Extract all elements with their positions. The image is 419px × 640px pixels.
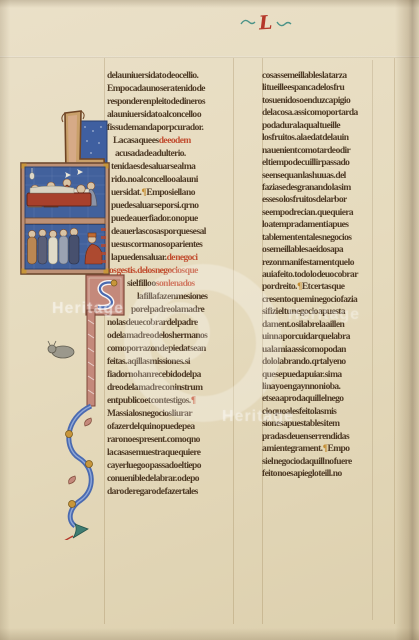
text-segment: la casa se muestra que quiere [107, 448, 200, 458]
text-segment: Et certas que [302, 282, 345, 292]
text-line: dar o de regar o de fazer tales [107, 487, 236, 500]
text-line: dolo labrando. qr tal yeno [262, 357, 400, 369]
text-segment: se ensequan las huuas. del [262, 171, 346, 181]
text-line: pradas deuen ser rendidas [262, 432, 400, 444]
horizontal-crease [0, 56, 419, 58]
miniature-deathbed-scene [20, 162, 110, 275]
text-line: uinna por cuidar que labra [262, 332, 400, 344]
text-segment: Empo [328, 444, 350, 454]
watermark-text: Heritage [52, 300, 124, 318]
text-segment: a mi entegrament. [262, 444, 323, 454]
text-segment: puede saluar se por si. qr no [111, 201, 198, 211]
text-line: tablement en tales negocios [262, 233, 400, 245]
text-segment: feito no es apieglo teill. no [262, 469, 342, 479]
text-line: tenida es de saluar se al ma [107, 162, 236, 175]
text-segment: ue sus cormanos o parientes [111, 240, 202, 250]
manuscript-page: L [0, 0, 419, 640]
text-segment: auia feito. todo lo deuo cobrar [262, 270, 358, 280]
text-segment: na uenient como tarde odir [262, 146, 350, 156]
text-segment: esses o los fruitos del arbor [262, 195, 347, 205]
text-segment: conuenible de labrar. o de po [107, 474, 199, 484]
text-line: se empodrecian. que quiera [262, 208, 400, 220]
text-line: la casa se muestra que quiere [107, 448, 236, 461]
text-line: puede auer fiador. o no pue [107, 214, 236, 227]
text-line: que se pueda puiar. si ma [262, 370, 400, 382]
text-line: lina yo en gaynno ni oba. [262, 382, 400, 394]
text-line: ala uniuersidat o al concello o [107, 110, 236, 123]
text-segment: puede auer fiador. o no pue [111, 214, 198, 224]
text-line: li tueille espanca delos fru [262, 83, 400, 95]
text-segment: o semeillables aeidos apa [262, 245, 343, 255]
page-edge-right [395, 0, 419, 640]
text-line: tos uenidos o enduzca pigio [262, 96, 400, 108]
text-line: si el negocio daquill no fuere [262, 457, 400, 469]
text-segment: si el negocio daquill no fuere [262, 457, 352, 467]
ornament-descender-dragon [45, 308, 111, 540]
text-segment: uersidat. [111, 188, 142, 198]
text-line: a mi entegrament. ¶ Empo [262, 444, 400, 456]
text-segment: tablement en tales negocios [262, 233, 351, 243]
text-line: feito no es apieglo teill. no [262, 469, 400, 481]
text-line: cosas semeillables la tarza [262, 71, 400, 83]
text-segment: ala uniuersidat o al concello o [107, 110, 201, 120]
text-line: et sea apro daquill el nego [262, 394, 400, 406]
text-segment: La casa que es [113, 136, 159, 146]
text-line: se ensequan las huuas. del [262, 171, 400, 183]
text-segment: responder en pleito de dineros [107, 97, 205, 107]
text-segment: pradas deuen ser rendidas [262, 432, 349, 442]
text-line: rezon manifestament que lo [262, 258, 400, 270]
text-segment: fazia se desgranando la sim [262, 183, 351, 193]
text-line: la pueden saluar. de negoci [107, 253, 236, 266]
text-segment: rido. no al concello o ala uni [111, 175, 198, 185]
text-segment: se empodrecian. que quiera [262, 208, 353, 218]
quire-flourish-left-icon [240, 18, 256, 28]
text-segment: rar o no es present. como qno [107, 435, 200, 445]
page-edge-top [0, 0, 419, 8]
text-segment: cosas semeillables la tarza [262, 71, 347, 81]
text-line: cayer luego o passado el tiepo [107, 461, 236, 474]
text-segment: cayer luego o passado el tiepo [107, 461, 201, 471]
page-edge-left [0, 0, 10, 640]
text-segment: rezon manifestament que lo [262, 258, 354, 268]
text-line: La casa que es de eodem [107, 136, 236, 149]
text-line: o fazer del qui no puede pea [107, 422, 236, 435]
text-segment: de auer las cosas por que se sal [111, 227, 206, 237]
text-line: responder en pleito de dineros [107, 97, 236, 110]
text-segment: de eodem [159, 136, 191, 146]
text-line: ue sus cormanos o parientes [107, 240, 236, 253]
text-line: dela cosa. assi como por tarda [262, 108, 400, 120]
text-segment: por dreito. [262, 282, 297, 292]
quire-flourish-right-icon [276, 18, 292, 28]
text-line: acusada de adulterio. [107, 149, 236, 162]
watermark-ring-logo-small [150, 302, 210, 362]
text-segment: o fazer del qui no puede pea [107, 422, 195, 432]
red-marginal-marks [101, 228, 106, 264]
text-segment: fis su demanda por pcurador. [107, 123, 203, 133]
text-segment: lo atempradament i apues [262, 220, 348, 230]
text-line: por dreito. ¶ Et certas que [262, 282, 400, 294]
text-segment: dela uniuersidat o de ocellio. [107, 71, 198, 81]
text-segment: el tiempo de cuillir passado [262, 158, 349, 168]
text-segment: tenida es de saluar se al ma [111, 162, 195, 172]
text-segment: lina yo en gaynno ni oba. [262, 382, 340, 392]
text-line: uersidat. ¶ Empo si ella no [107, 188, 236, 201]
watermark-text: Heritage [288, 306, 360, 324]
watermark-text: Heritage [222, 408, 294, 426]
text-line: rido. no al concello o ala uni [107, 175, 236, 188]
text-line: lo atempradament i apues [262, 220, 400, 232]
text-segment: li tueille espanca delos fru [262, 83, 344, 93]
text-segment: de negoci [167, 253, 198, 263]
text-segment: dela cosa. assi como por tarda [262, 108, 358, 118]
text-line: rar o no es present. como qno [107, 435, 236, 448]
text-segment: tos uenidos o enduzca pigio [262, 96, 350, 106]
text-line: dela uniuersidat o de ocellio. [107, 71, 236, 84]
text-line: auia feito. todo lo deuo cobrar [262, 270, 400, 282]
text-segment: Empo si ella no [146, 188, 195, 198]
text-segment: la pueden saluar. [111, 253, 167, 263]
text-line: de auer las cosas por que se sal [107, 227, 236, 240]
text-segment: et sea apro daquill el nego [262, 394, 343, 404]
text-line: conuenible de labrar. o de po [107, 474, 236, 487]
text-segment: Empo cada uno sera tenido de [107, 84, 205, 94]
quire-letter: L [259, 13, 274, 33]
text-line: fis su demanda por pcurador. [107, 123, 236, 136]
text-line: na uenient como tarde odir [262, 146, 400, 158]
text-line: el tiempo de cuillir passado [262, 158, 400, 170]
quire-mark: L [234, 6, 298, 40]
text-segment: dar o de regar o de fazer tales [107, 487, 198, 497]
text-line: fazia se desgranando la sim [262, 183, 400, 195]
text-line: esses o los fruitos del arbor [262, 195, 400, 207]
text-segment: acusada de adulterio. [115, 149, 186, 159]
text-line: puede saluar se por si. qr no [107, 201, 236, 214]
text-segment: los fruitos. ala edat dela uin [262, 133, 348, 143]
text-segment: podadura la qual tueille [262, 121, 340, 131]
page-edge-bottom [0, 628, 419, 640]
text-segment: cresento que mi negocio fazia [262, 295, 357, 305]
text-line: Empo cada uno sera tenido de [107, 84, 236, 97]
text-line: ua la mia assi como podan [262, 345, 400, 357]
text-line: los fruitos. ala edat dela uin [262, 133, 400, 145]
text-line: o semeillables aeidos apa [262, 245, 400, 257]
text-line: podadura la qual tueille [262, 121, 400, 133]
